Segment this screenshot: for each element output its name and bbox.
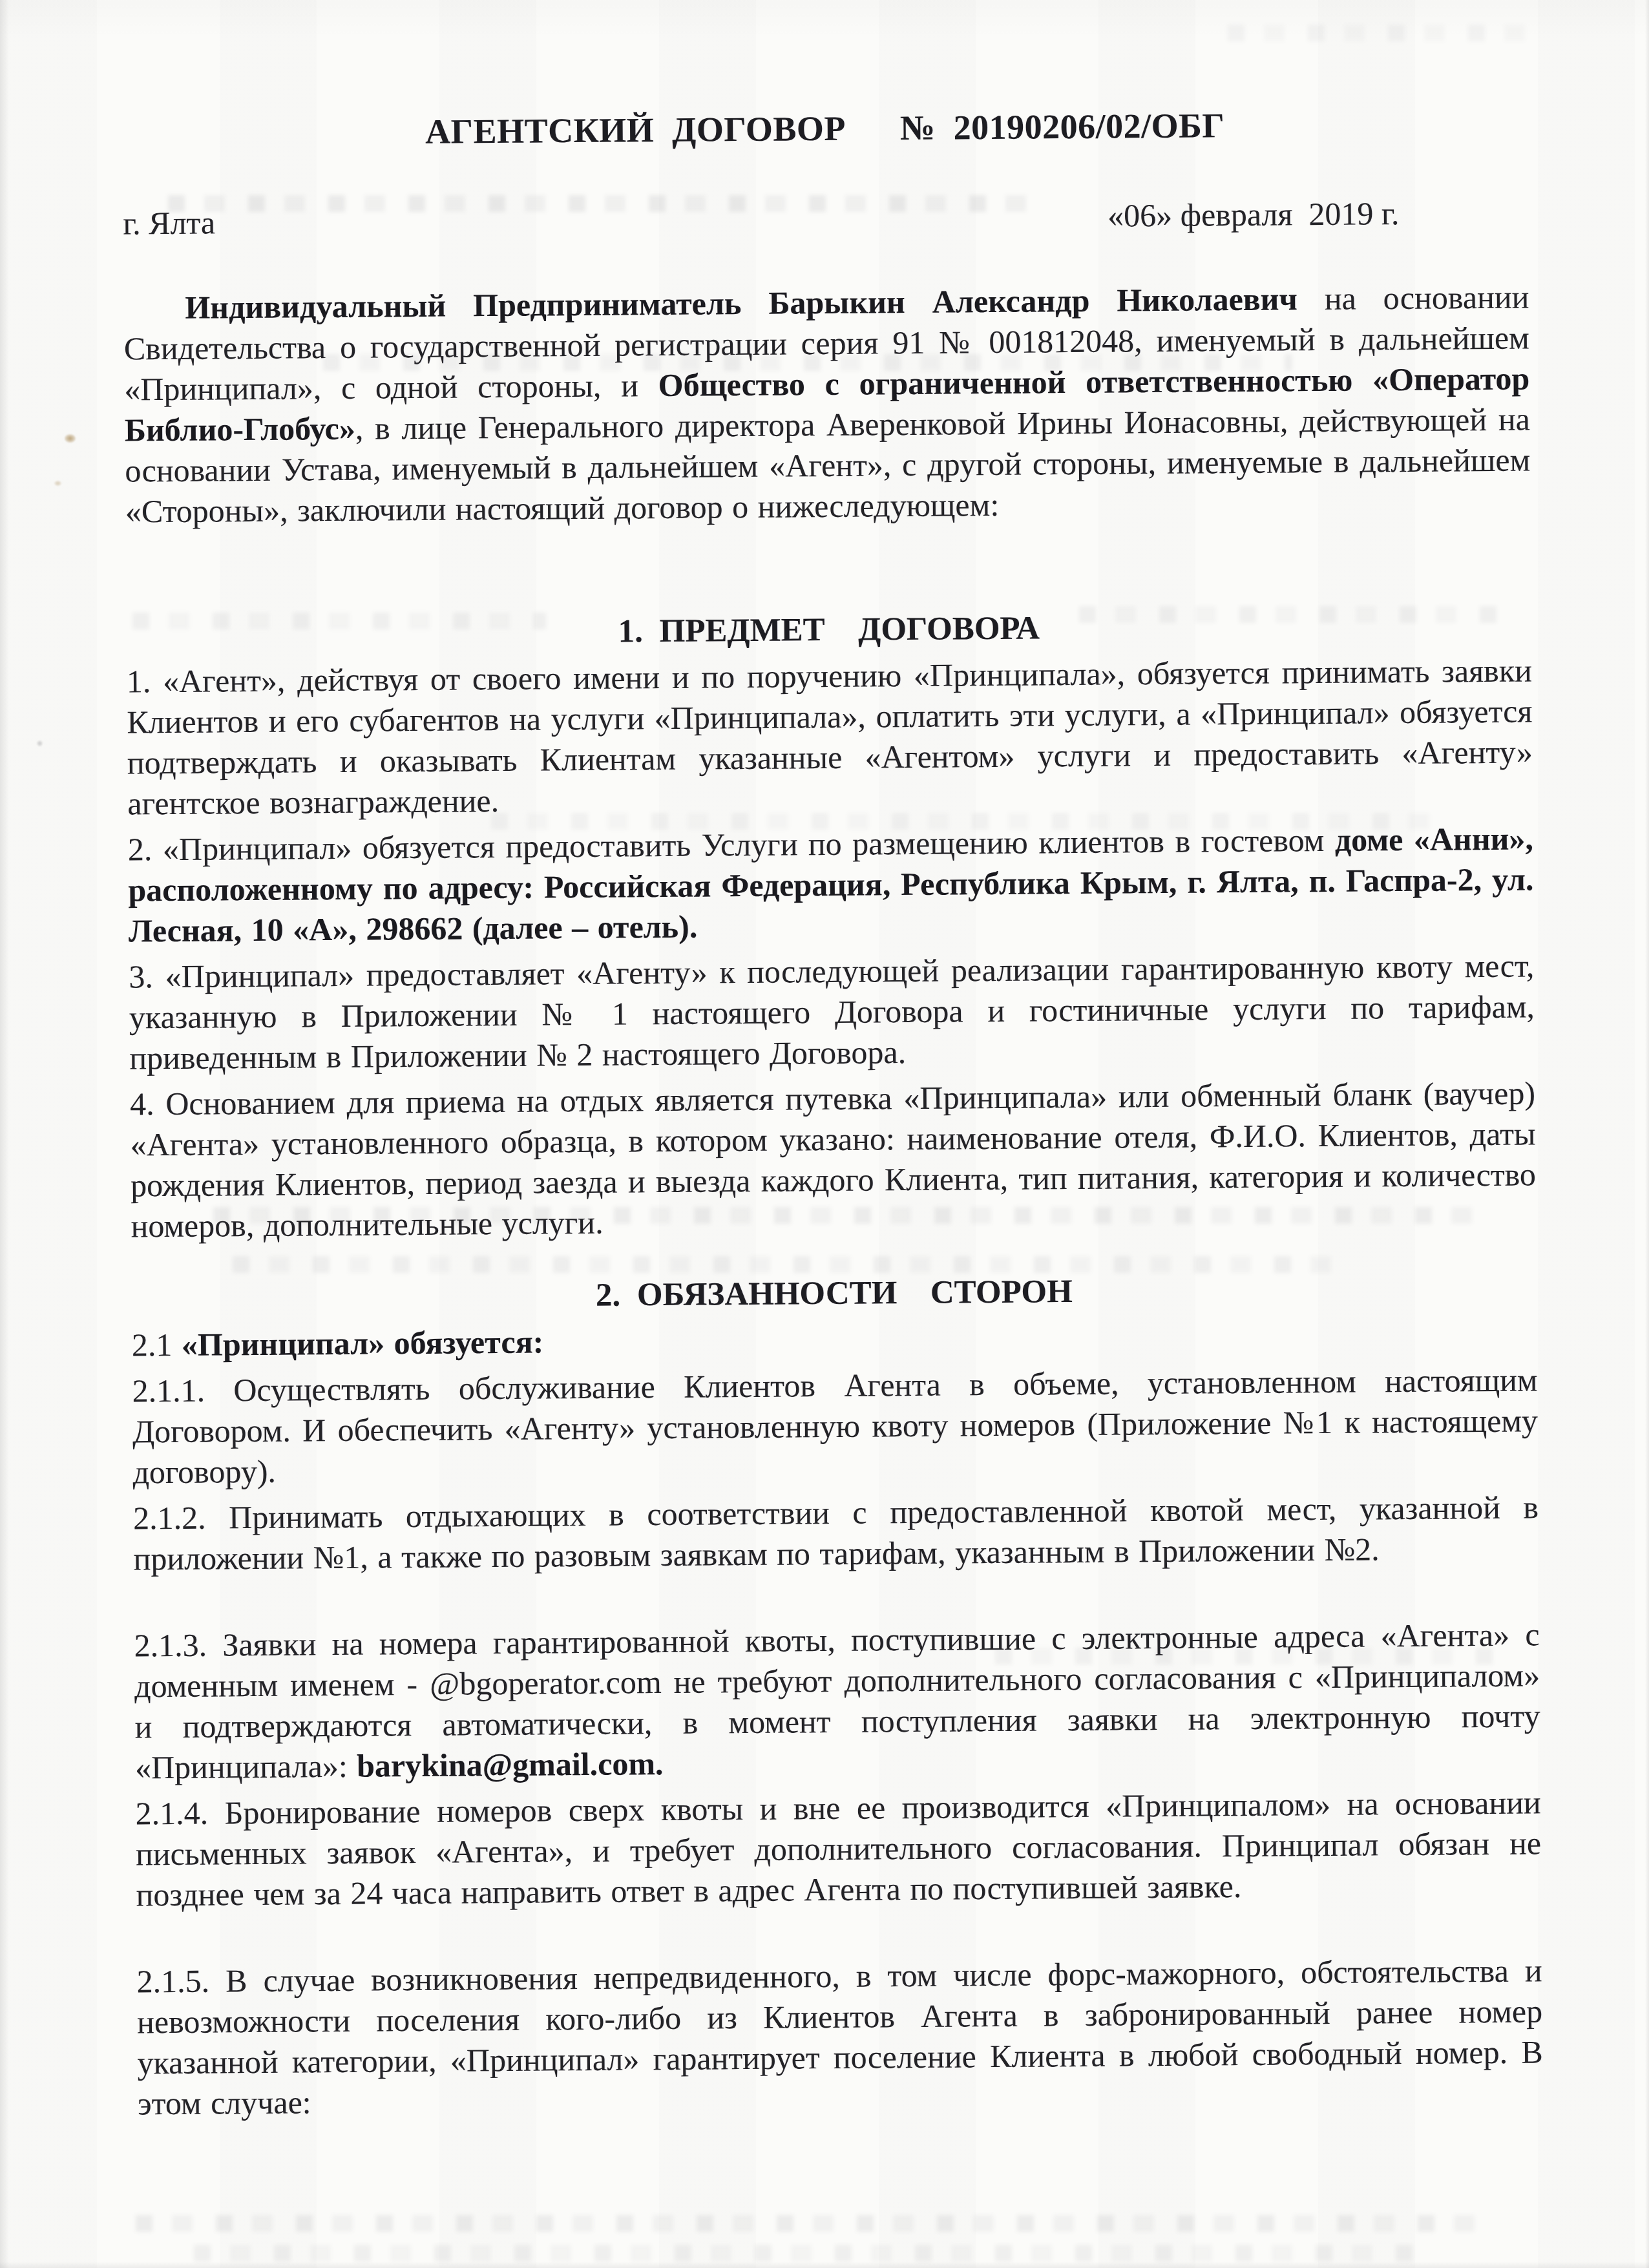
place-date-row: г. Ялта «06» февраля 2019 г. [123,193,1528,242]
section-heading-obligations: 2. ОБЯЗАННОСТИ СТОРОН [131,1268,1537,1319]
clause-2-1-2: 2.1.2. Принимать отдыхающих в соответств… [133,1487,1539,1620]
document-title: АГЕНТСКИЙ ДОГОВОР № 20190206/02/ОБГ [122,103,1528,154]
clause-2-1-3: 2.1.3. Заявки на номера гарантированной … [134,1614,1540,1788]
clause-2: 2. «Принципал» обязуется предоставить Ус… [128,818,1534,951]
preamble-paragraph: Индивидуальный Предприниматель Барыкин А… [123,277,1531,572]
clause-2-1-1: 2.1.1. Осуществлять обслуживание Клиенто… [132,1360,1538,1493]
clause-1: 1. «Агент», действуя от своего имени и п… [127,650,1533,824]
clause-2-1: 2.1 «Принципал» обязуется: [132,1314,1537,1365]
clause-3: 3. «Принципал» предоставляет «Агенту» к … [129,945,1535,1078]
bleedthrough-smudge [136,2215,1493,2232]
paper-speck [54,481,61,486]
scan-edge-right [1645,0,1649,2268]
clause-4: 4. Основанием для приема на отдых являет… [130,1073,1537,1246]
paper-speck [65,434,76,443]
place-label: г. Ялта [123,203,215,242]
scanned-document-page: { "document": { "title": "АГЕНТСКИЙ ДОГО… [0,0,1649,2268]
bleedthrough-smudge [194,2245,1422,2262]
paper-speck [37,740,43,746]
clause-2-1-4: 2.1.4. Бронирование номеров сверх квоты … [135,1782,1542,1956]
section-heading-subject: 1. ПРЕДМЕТ ДОГОВОРА [126,604,1531,656]
contract-body: АГЕНТСКИЙ ДОГОВОР № 20190206/02/ОБГ г. Я… [121,0,1544,2124]
scan-edge-bottom [0,2262,1649,2268]
clause-2-1-5: 2.1.5. В случае возникновения непредвиде… [136,1950,1543,2124]
date-label: «06» февраля 2019 г. [1108,193,1529,235]
scan-edge-left [0,0,9,2268]
